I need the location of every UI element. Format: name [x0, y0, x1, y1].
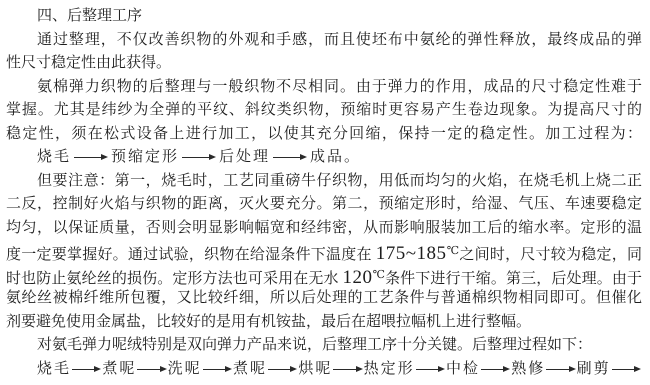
temperature-value: 120 — [343, 267, 373, 288]
process-flow-wool-finishing: 烧毛 煮呢 洗呢 煮呢 烘呢 热定形 中检 熟修 刷剪 — [6, 358, 642, 382]
right-arrow-icon — [546, 365, 575, 374]
right-arrow-icon — [74, 153, 108, 162]
flow-step: 烧毛 — [37, 358, 71, 382]
right-arrow-icon — [612, 365, 641, 374]
paragraph-line: 剂要避免使用金属盐，比较好的是用有机铵盐，最后在超喂拉幅机上进行整幅。 — [6, 311, 642, 335]
flow-step: 烧毛 — [37, 146, 71, 170]
section-heading: 四、后整理工序 — [6, 5, 642, 29]
flow-step: 熟修 — [511, 358, 545, 382]
right-arrow-icon — [72, 365, 101, 374]
paragraph-line: 但要注意：第一，烧毛时，工艺同重磅牛仔织物，用低而均匀的火焰，在烧毛机上烧二正 — [6, 170, 642, 194]
right-arrow-icon — [137, 365, 166, 374]
paragraph-line: 度一定要掌握好。通过试验，织物在给湿条件下温度在 175~185℃之间时，尺寸较… — [6, 240, 642, 264]
paragraph-line: 性尺寸稳定性由此获得。 — [6, 52, 642, 76]
flow-step: 热定形 — [364, 358, 415, 382]
flow-step: 煮呢 — [102, 358, 136, 382]
right-arrow-icon — [481, 365, 510, 374]
paragraph-line: 时也防止氨纶丝的损伤。定形方法也可采用在无水 120℃条件下进行干缩。第三，后处… — [6, 264, 642, 288]
flow-step: 刷剪 — [577, 358, 611, 382]
paragraph-line: 氨棉弹力织物的后整理与一般织物不尽相同。由于弹力的作用，成品的尺寸稳定性难于 — [6, 76, 642, 100]
celsius-symbol: ℃ — [447, 245, 460, 257]
paragraph-line: 氨纶丝被棉纤维所包覆，又比较纤细，所以后处理的工艺条件与普通棉织物相同即可。但催… — [6, 287, 642, 311]
text-segment: 之间时，尺寸较为稳定，同 — [459, 247, 642, 263]
paragraph-line: 通过整理，不仅改善织物的外观和手感，而且使坯布中氨纶的弹性释放，最终成品的弹 — [6, 29, 642, 53]
temperature-range-value: 175~185 — [376, 243, 447, 264]
flow-step: 中检 — [446, 358, 480, 382]
paragraph-line: 均匀，以保证质量，否则会明显影响幅宽和经纬密，从而影响服装加工后的缩水率。定形的… — [6, 217, 642, 241]
paragraph-line: 对氨毛弹力呢绒特别是双向弹力产品来说，后整理工序十分关键。后整理过程如下： — [6, 334, 642, 358]
flow-step: 成品。 — [310, 146, 361, 170]
paragraph-line: 稳定性，须在松式设备上进行加工，以使其充分回缩，保持一定的稳定性。加工过程为： — [6, 123, 642, 147]
paragraph-line: 掌握。尤其是纬纱为全弹的平纹、斜纹类织物，预缩时更容易产生卷边现象。为提高尺寸的 — [6, 99, 642, 123]
flow-step: 后处理 — [219, 146, 270, 170]
right-arrow-icon — [273, 153, 307, 162]
right-arrow-icon — [268, 365, 297, 374]
text-segment: 度一定要掌握好。通过试验，织物在给湿条件下温度在 — [6, 247, 376, 263]
flow-step: 烘呢 — [298, 358, 332, 382]
flow-step: 预缩定形 — [111, 146, 179, 170]
celsius-symbol: ℃ — [373, 269, 386, 281]
right-arrow-icon — [333, 365, 362, 374]
flow-step: 煮呢 — [233, 358, 267, 382]
right-arrow-icon — [203, 365, 232, 374]
paragraph-line: 二反，控制好火焰与织物的距离，灭火要充分。第二，预缩定形时，给湿、气压、车速要稳… — [6, 193, 642, 217]
right-arrow-icon — [182, 153, 216, 162]
text-segment: 条件下进行干缩。第三，后处理。由于 — [385, 271, 642, 287]
right-arrow-icon — [416, 365, 445, 374]
flow-step: 洗呢 — [168, 358, 202, 382]
document-page: 四、后整理工序 通过整理，不仅改善织物的外观和手感，而且使坯布中氨纶的弹性释放，… — [0, 0, 650, 381]
text-segment: 时也防止氨纶丝的损伤。定形方法也可采用在无水 — [6, 271, 343, 287]
process-flow-pretreatment: 烧毛 预缩定形 后处理 成品。 — [6, 146, 642, 170]
